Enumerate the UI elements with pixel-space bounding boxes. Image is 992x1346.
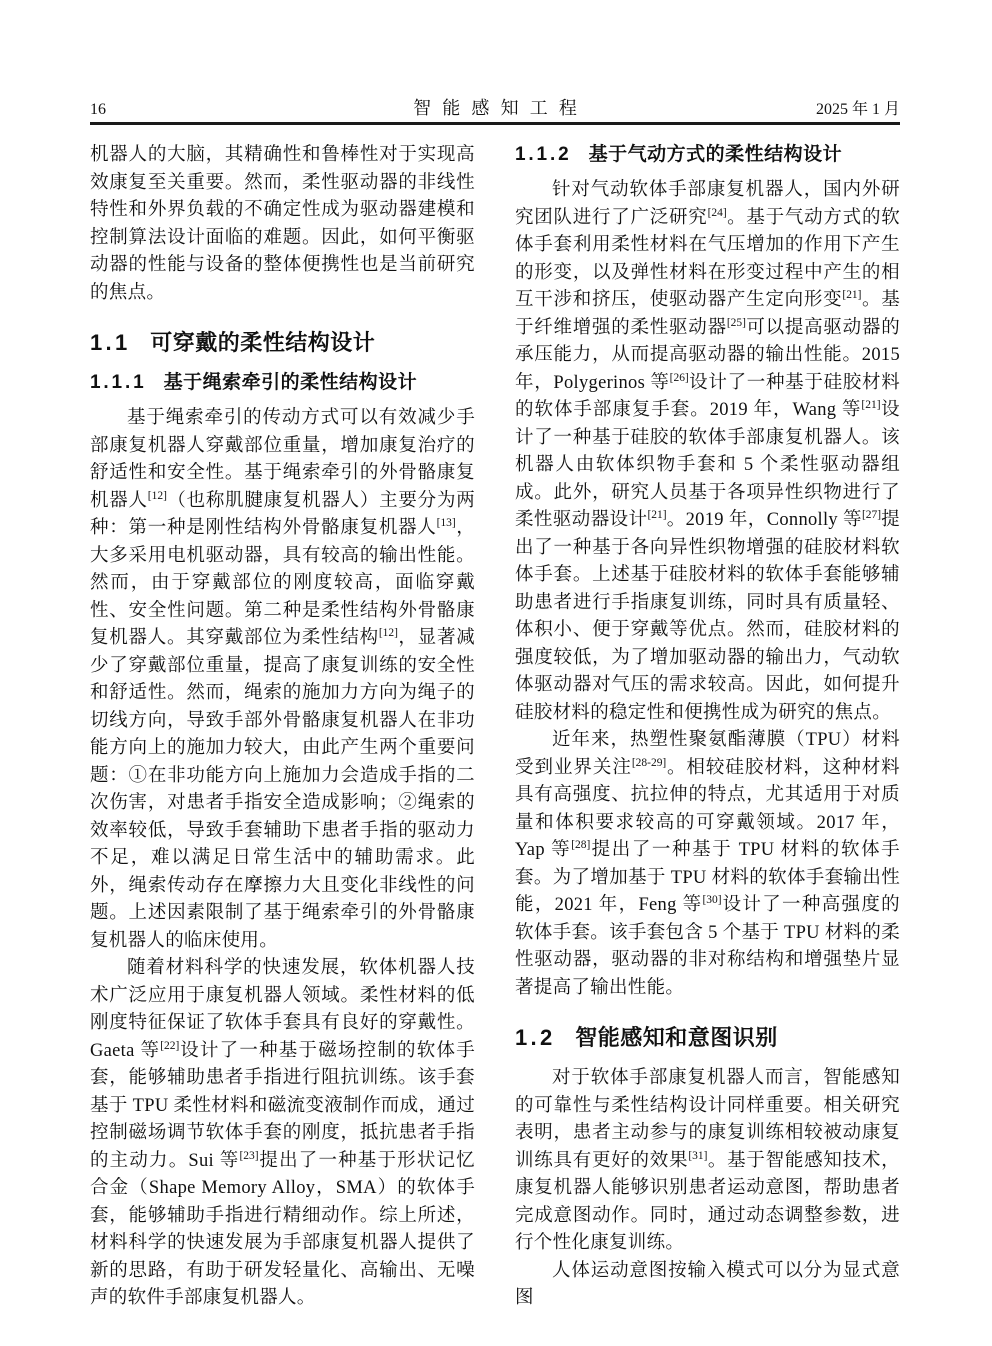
paragraph: 基于绳索牵引的传动方式可以有效减少手部康复机器人穿戴部位重量，增加康复治疗的舒适… bbox=[90, 405, 475, 955]
citation-ref: [27] bbox=[862, 509, 881, 521]
citation-ref: [23] bbox=[239, 1149, 258, 1161]
citation-ref: [26] bbox=[670, 371, 689, 383]
article-body: 机器人的大脑，其精确性和鲁棒性对于实现高效康复至关重要。然而，柔性驱动器的非线性… bbox=[90, 142, 900, 1313]
citation-ref: [31] bbox=[688, 1149, 707, 1161]
journal-title: 智能感知工程 bbox=[210, 94, 780, 120]
citation-ref: [21] bbox=[647, 509, 666, 521]
citation-ref: [30] bbox=[702, 894, 721, 906]
citation-ref: [25] bbox=[727, 316, 746, 328]
subsection-heading: 1.1.1基于绳索牵引的柔性结构设计 bbox=[90, 370, 475, 396]
citation-ref: [21] bbox=[842, 289, 861, 301]
page-header: 16 智能感知工程 2025 年 1 月 bbox=[90, 94, 900, 120]
paragraph: 对于软体手部康复机器人而言，智能感知的可靠性与柔性结构设计同样重要。相关研究表明… bbox=[515, 1065, 900, 1258]
paragraph: 近年来，热塑性聚氨酯薄膜（TPU）材料受到业界关注[28-29]。相较硅胶材料，… bbox=[515, 727, 900, 1002]
paragraph: 机器人的大脑，其精确性和鲁棒性对于实现高效康复至关重要。然而，柔性驱动器的非线性… bbox=[90, 142, 475, 307]
citation-ref: [24] bbox=[708, 206, 727, 218]
citation-ref: [13] bbox=[437, 517, 456, 529]
paragraph: 随着材料科学的快速发展，软体机器人技术广泛应用于康复机器人领域。柔性材料的低刚度… bbox=[90, 955, 475, 1313]
citation-ref: [21] bbox=[861, 399, 880, 411]
heading-title: 智能感知和意图识别 bbox=[575, 1025, 778, 1050]
journal-page: 16 智能感知工程 2025 年 1 月 机器人的大脑，其精确性和鲁棒性对于实现… bbox=[0, 0, 992, 1346]
paragraph: 针对气动软体手部康复机器人，国内外研究团队进行了广泛研究[24]。基于气动方式的… bbox=[515, 177, 900, 727]
paragraph: 人体运动意图按输入模式可以分为显式意图 bbox=[515, 1258, 900, 1313]
citation-ref: [28-29] bbox=[632, 756, 666, 768]
citation-ref: [12] bbox=[379, 627, 398, 639]
section-heading: 1.1可穿戴的柔性结构设计 bbox=[90, 328, 475, 358]
heading-number: 1.1.1 bbox=[90, 372, 147, 393]
subsection-heading: 1.1.2基于气动方式的柔性结构设计 bbox=[515, 142, 900, 168]
heading-title: 基于绳索牵引的柔性结构设计 bbox=[164, 372, 418, 393]
citation-ref: [12] bbox=[148, 489, 167, 501]
heading-number: 1.1.2 bbox=[515, 144, 572, 165]
section-heading: 1.2智能感知和意图识别 bbox=[515, 1023, 900, 1053]
heading-title: 可穿戴的柔性结构设计 bbox=[150, 330, 375, 355]
page-number: 16 bbox=[90, 101, 210, 119]
left-column: 机器人的大脑，其精确性和鲁棒性对于实现高效康复至关重要。然而，柔性驱动器的非线性… bbox=[90, 142, 475, 1313]
heading-number: 1.2 bbox=[515, 1025, 555, 1050]
citation-ref: [28] bbox=[571, 839, 590, 851]
heading-title: 基于气动方式的柔性结构设计 bbox=[589, 144, 843, 165]
right-column: 1.1.2基于气动方式的柔性结构设计针对气动软体手部康复机器人，国内外研究团队进… bbox=[515, 142, 900, 1313]
issue-date: 2025 年 1 月 bbox=[780, 96, 900, 119]
header-rule bbox=[90, 122, 900, 125]
citation-ref: [22] bbox=[160, 1039, 179, 1051]
heading-number: 1.1 bbox=[90, 330, 130, 355]
